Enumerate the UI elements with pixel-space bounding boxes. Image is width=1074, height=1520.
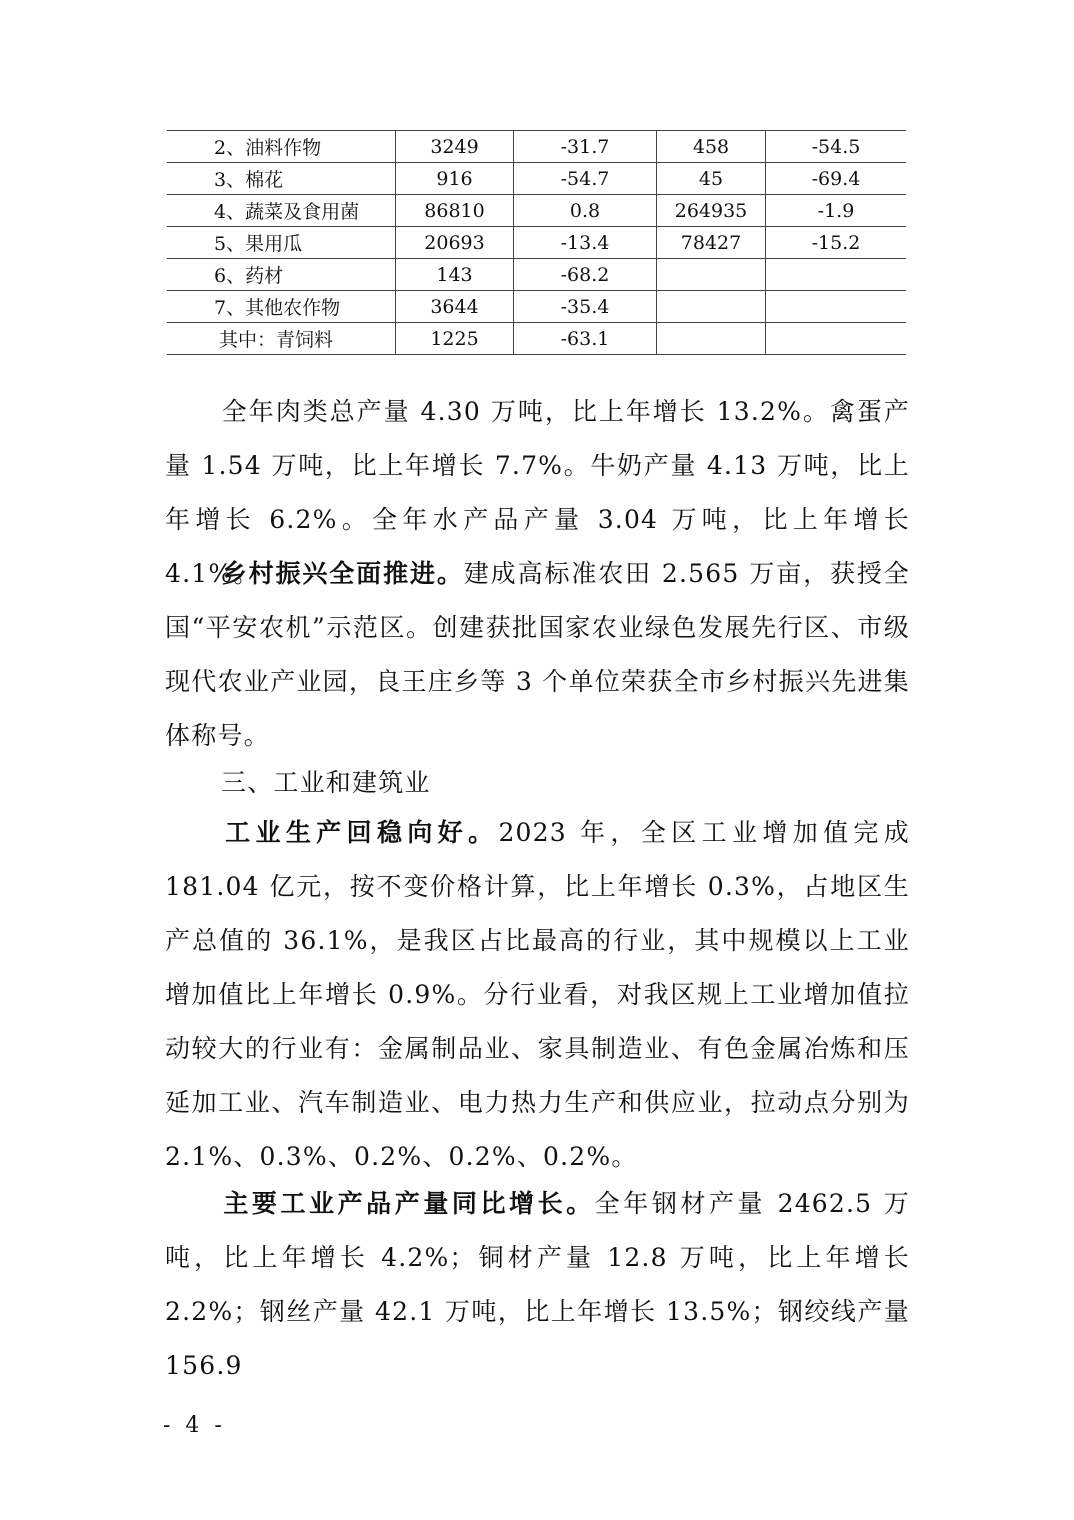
row-name: 4、蔬菜及食用菌 [167, 195, 396, 227]
cell: 3644 [396, 291, 514, 323]
cell: 1225 [396, 323, 514, 355]
cell: 45 [657, 163, 766, 195]
table-row: 4、蔬菜及食用菌 86810 0.8 264935 -1.9 [167, 195, 906, 227]
cell: 916 [396, 163, 514, 195]
row-name: 其中：青饲料 [167, 323, 396, 355]
table-row: 3、棉花 916 -54.7 45 -69.4 [167, 163, 906, 195]
document-page: 2、油料作物 3249 -31.7 458 -54.5 3、棉花 916 -54… [0, 0, 1074, 1520]
section-heading: 三、工业和建筑业 [221, 763, 431, 799]
cell: -31.7 [514, 131, 657, 163]
cell: -68.2 [514, 259, 657, 291]
paragraph-lead: 工业生产回稳向好。 [221, 818, 498, 847]
cell [766, 291, 907, 323]
row-name: 7、其他农作物 [167, 291, 396, 323]
cell: 0.8 [514, 195, 657, 227]
row-name: 3、棉花 [167, 163, 396, 195]
cell: -35.4 [514, 291, 657, 323]
cell [657, 291, 766, 323]
rural-revitalization-paragraph: 乡村振兴全面推进。建成高标准农田 2.565 万亩，获授全国“平安农机”示范区。… [165, 547, 910, 763]
industry-paragraph: 工业生产回稳向好。2023 年，全区工业增加值完成181.04 亿元，按不变价格… [165, 806, 910, 1184]
table-row: 6、药材 143 -68.2 [167, 259, 906, 291]
cell: -69.4 [766, 163, 907, 195]
cell [766, 323, 907, 355]
cell [657, 259, 766, 291]
cell: 86810 [396, 195, 514, 227]
cell: -15.2 [766, 227, 907, 259]
crop-production-table: 2、油料作物 3249 -31.7 458 -54.5 3、棉花 916 -54… [167, 130, 906, 355]
row-name: 5、果用瓜 [167, 227, 396, 259]
cell: 78427 [657, 227, 766, 259]
table-row: 其中：青饲料 1225 -63.1 [167, 323, 906, 355]
cell: -54.5 [766, 131, 907, 163]
table-row: 7、其他农作物 3644 -35.4 [167, 291, 906, 323]
paragraph-lead: 乡村振兴全面推进。 [221, 559, 464, 588]
row-name: 6、药材 [167, 259, 396, 291]
cell: 264935 [657, 195, 766, 227]
cell: 458 [657, 131, 766, 163]
cell: 143 [396, 259, 514, 291]
cell: 20693 [396, 227, 514, 259]
cell [657, 323, 766, 355]
table-row: 5、果用瓜 20693 -13.4 78427 -15.2 [167, 227, 906, 259]
cell [766, 259, 907, 291]
paragraph-lead: 主要工业产品产量同比增长。 [221, 1189, 595, 1218]
cell: -13.4 [514, 227, 657, 259]
cell: -63.1 [514, 323, 657, 355]
cell: -1.9 [766, 195, 907, 227]
cell: 3249 [396, 131, 514, 163]
page-number: - 4 - [163, 1413, 226, 1438]
table-row: 2、油料作物 3249 -31.7 458 -54.5 [167, 131, 906, 163]
paragraph-text: 2023 年，全区工业增加值完成181.04 亿元，按不变价格计算，比上年增长 … [165, 818, 910, 1171]
industrial-products-paragraph: 主要工业产品产量同比增长。全年钢材产量 2462.5 万吨，比上年增长 4.2%… [165, 1177, 910, 1393]
cell: -54.7 [514, 163, 657, 195]
row-name: 2、油料作物 [167, 131, 396, 163]
